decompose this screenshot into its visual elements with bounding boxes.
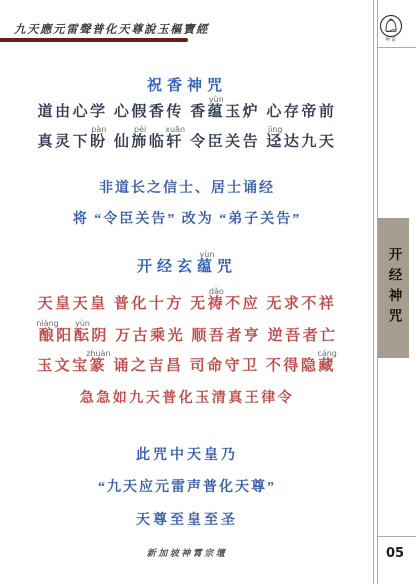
explain-line-2: “九天应元雷声普化天尊”	[0, 480, 374, 496]
chapter-tab-kaijing[interactable]: 开经神咒	[378, 218, 409, 358]
section-title-kaijing: 开经玄蕴yùn咒	[0, 250, 374, 276]
page-number: 05	[381, 546, 409, 561]
chapter-tab-label: 开经神咒	[384, 247, 404, 329]
note-line-2: 将 “令臣关告” 改为 “弟子关告”	[0, 212, 374, 228]
top-right-divider	[377, 47, 416, 48]
explain-line-3: 天尊至皇至圣	[0, 513, 374, 529]
note-line-1: 非道长之信士、居士诵经	[0, 181, 374, 197]
footer-imprint: 新加坡神霄宗壇	[0, 548, 374, 558]
incantation-line-2: 酿niàng阳酝yùn阴 万古乘光 顺吾者亨 逆吾者亡	[0, 319, 374, 345]
incantation-line-1: 天皇天皇 普化十方 无祷dǎo不应 无求不祥	[0, 287, 374, 313]
zhuxiang-line-1: 道由心学 心假香传 香蕴yùn玉炉 心存帝前	[0, 95, 374, 121]
scripture-page: 九天應元雷聲普化天尊說玉樞寶經 神霄 开经神咒 05 祝香神咒 道由心学 心假香…	[0, 0, 416, 584]
section-title-zhuxiang: 祝香神咒	[0, 78, 374, 95]
shenxiao-emblem-icon: 神霄	[378, 13, 404, 45]
incantation-closing: 急急如九天普化玉清真王律令	[0, 391, 374, 407]
zhuxiang-line-2: 真灵下盼pàn 仙斾pèi临轩xuān 令臣关告 迳jìng达九天	[0, 125, 374, 151]
header-underline	[0, 38, 188, 42]
explain-line-1: 此咒中天皇乃	[0, 448, 374, 464]
page-header-title: 九天應元雷聲普化天尊說玉樞寶經	[14, 21, 209, 37]
bottom-right-divider	[377, 536, 416, 537]
incantation-line-3: 玉文宝篆zhuàn 诵之吉昌 司命守卫 不得隐藏cáng	[0, 349, 374, 375]
emblem-label: 神霄	[378, 38, 404, 43]
